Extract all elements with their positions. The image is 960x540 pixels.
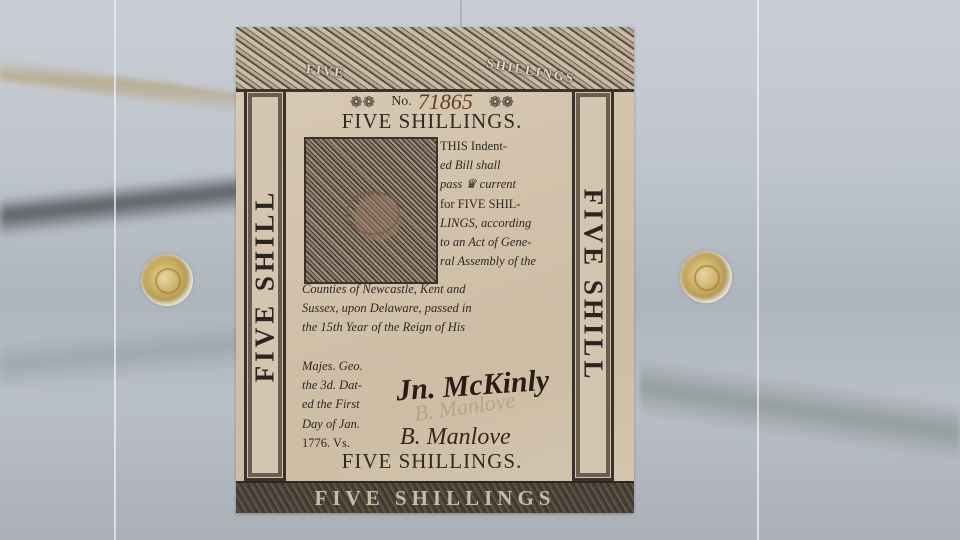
blurred-shelf-right: [640, 358, 960, 463]
left-side-border: FIVE SHILL: [244, 89, 286, 481]
legend-line: Counties of Newcastle, Kent and: [302, 280, 574, 299]
signature-manlove: B. Manlove: [400, 424, 511, 451]
acrylic-panel-edge-right: [757, 0, 759, 540]
bottom-border-text: FIVE SHILLINGS: [315, 486, 556, 511]
denomination-heading-top: FIVE SHILLINGS.: [294, 109, 570, 134]
top-ornamental-border: FIVE SHILLINGS: [236, 27, 634, 92]
legend-text-full: Counties of Newcastle, Kent and Sussex, …: [302, 280, 574, 338]
right-side-border: FIVE SHILL: [572, 89, 614, 481]
serial-label: No.: [391, 94, 412, 110]
legend-text-right: THIS Indent- ed Bill shall pass ♛ curren…: [440, 137, 572, 271]
legend-line: Majes. Geo.: [302, 357, 402, 376]
legend-line: THIS Indent-: [440, 137, 572, 156]
banknote: FIVE SHILLINGS FIVE SHILL FIVE SHILL ❁❁ …: [236, 27, 634, 513]
bottom-ornamental-border: FIVE SHILLINGS: [236, 481, 634, 513]
legend-line: ed the First: [302, 395, 402, 414]
acrylic-panel-edge-left: [114, 0, 116, 540]
note-center-panel: ❁❁ No. 71865 ❁❁ FIVE SHILLINGS. THIS Ind…: [294, 89, 570, 481]
brass-standoff-left: [141, 254, 193, 306]
legend-line: ral Assembly of the: [440, 252, 572, 271]
legend-line: Sussex, upon Delaware, passed in: [302, 299, 574, 318]
legend-line: LINGS, according: [440, 214, 572, 233]
legend-line: the 3d. Dat-: [302, 376, 402, 395]
crest-vignette: [304, 137, 438, 284]
legend-text-left: Majes. Geo. the 3d. Dat- ed the First Da…: [302, 357, 402, 453]
blurred-shelf-edge: [0, 60, 260, 117]
signature-mckinly: Jn. McKinly: [395, 364, 550, 409]
legend-line: for FIVE SHIL-: [440, 195, 572, 214]
top-border-label-five: FIVE: [305, 61, 346, 81]
legend-line: pass ♛ current: [440, 175, 572, 194]
right-side-text: FIVE SHILL: [578, 188, 609, 382]
brass-standoff-right: [680, 251, 732, 303]
acrylic-panel-edge-top: [460, 0, 462, 30]
seal-icon: [346, 191, 400, 235]
denomination-heading-bottom: FIVE SHILLINGS.: [294, 449, 570, 474]
legend-line: Day of Jan.: [302, 415, 402, 434]
legend-line: the 15th Year of the Reign of His: [302, 318, 574, 337]
top-border-label-shillings: SHILLINGS: [485, 55, 576, 86]
left-side-text: FIVE SHILL: [250, 188, 281, 382]
blurred-shelf-lower: [0, 320, 240, 391]
legend-line: ed Bill shall: [440, 156, 572, 175]
blurred-shelf-shadow: [0, 172, 240, 237]
legend-line: to an Act of Gene-: [440, 233, 572, 252]
